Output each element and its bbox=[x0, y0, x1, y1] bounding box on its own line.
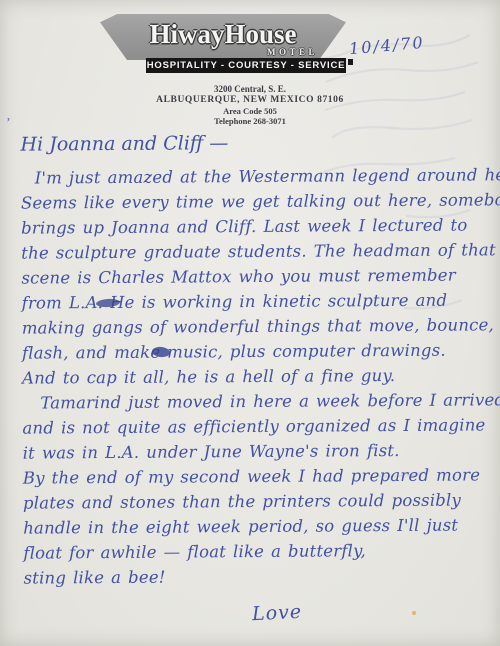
body-line: And to cap it all, he is a hell of a fin… bbox=[22, 362, 484, 390]
motel-logo: HiwayHouse MOTEL HOSPITALITY - COURTESY … bbox=[100, 14, 346, 76]
body-line: from L.A. He is working in kinetic sculp… bbox=[22, 287, 484, 315]
address-city: ALBUQUERQUE, NEW MEXICO 87106 bbox=[0, 94, 500, 106]
body-line: handle in the eight week period, so gues… bbox=[23, 512, 485, 540]
body-line: scene is Charles Mattox who you must rem… bbox=[21, 262, 483, 290]
body-line: brings up Joanna and Cliff. Last week I … bbox=[21, 212, 483, 240]
address-street: 3200 Central, S. E. bbox=[0, 84, 500, 94]
motel-subbrand: MOTEL bbox=[267, 47, 318, 57]
body-line: making gangs of wonderful things that mo… bbox=[22, 312, 484, 340]
body-line: and is not quite as efficiently organize… bbox=[22, 412, 484, 440]
body-line: plates and stones than the printers coul… bbox=[23, 487, 485, 515]
paper-speck bbox=[412, 611, 416, 615]
address-block: 3200 Central, S. E. ALBUQUERQUE, NEW MEX… bbox=[0, 84, 500, 126]
body-line: it was in L.A. under June Wayne's iron f… bbox=[23, 437, 485, 465]
body-line: Seems like every time we get talking out… bbox=[21, 187, 483, 215]
body-line: sting like a bee! bbox=[23, 562, 485, 590]
stray-ink-mark: ’ bbox=[6, 116, 11, 132]
body-line: Tamarind just moved in here a week befor… bbox=[22, 387, 484, 415]
address-area-code: Area Code 505 bbox=[0, 106, 500, 116]
body-line: float for awhile — float like a butterfl… bbox=[23, 537, 485, 565]
motto-banner: HOSPITALITY - COURTESY - SERVICE bbox=[146, 58, 346, 73]
body-line: I'm just amazed at the Westermann legend… bbox=[21, 162, 483, 190]
body-line: flash, and make music, plus computer dra… bbox=[22, 337, 484, 365]
motel-brand-name: HiwayHouse bbox=[100, 19, 346, 50]
address-telephone: Telephone 268-3071 bbox=[0, 116, 500, 126]
letter-body: Hi Joanna and Cliff — I'm just amazed at… bbox=[20, 126, 485, 590]
trademark-dot bbox=[348, 59, 353, 65]
letter-page: HiwayHouse MOTEL HOSPITALITY - COURTESY … bbox=[0, 0, 500, 646]
body-line: the sculpture graduate students. The hea… bbox=[21, 237, 483, 265]
salutation: Hi Joanna and Cliff — bbox=[20, 126, 482, 165]
body-line: By the end of my second week I had prepa… bbox=[23, 462, 485, 490]
closing-signature: Love bbox=[251, 601, 302, 626]
handwritten-date: 10/4/70 bbox=[348, 33, 425, 59]
